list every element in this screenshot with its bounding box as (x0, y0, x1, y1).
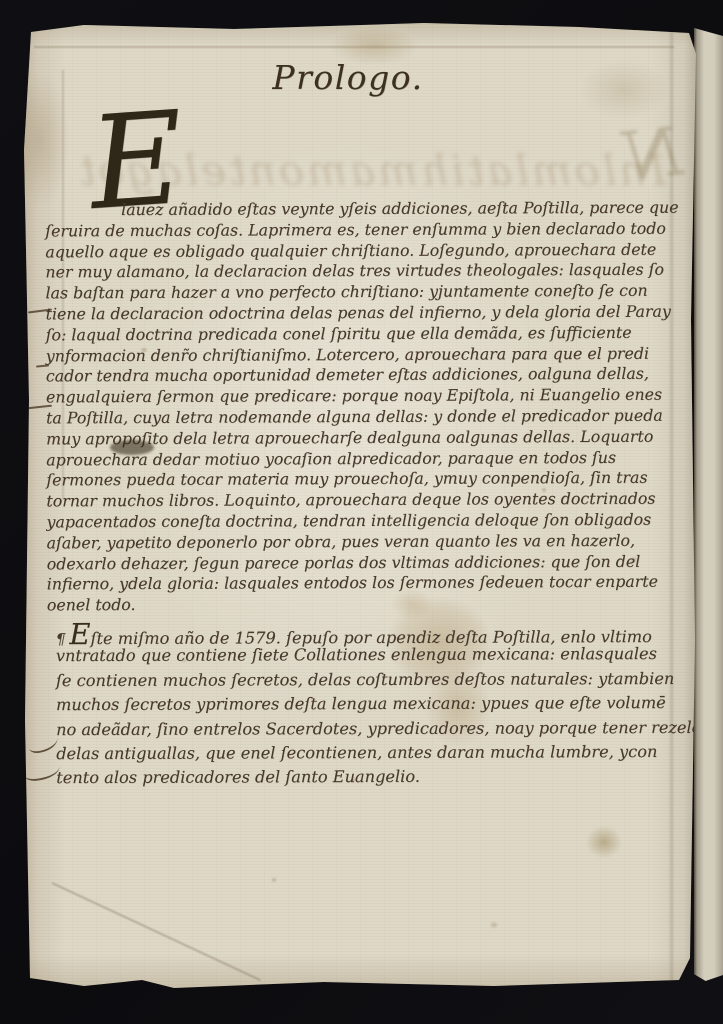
text-line: aſaber, yapetito deponerlo por obra, pue… (47, 530, 683, 554)
text-line: ſermones pueda tocar materia muy prouech… (46, 468, 682, 492)
text-line: odexarlo dehazer, ſegun parece porlas do… (47, 551, 683, 575)
paragraph-1: lauez añadido eſtas veynte yſeis addicio… (45, 198, 683, 617)
text-line: aquello aque es obligado qualquier chriſ… (45, 239, 681, 263)
text-line: no adeãdar, ſino entrelos Sacerdotes, yp… (56, 715, 696, 742)
manuscript-scan: Inlomlatihmamontelagotiqumnool N Prologo… (0, 0, 723, 1024)
text-line: ſo: laqual doctrina predicada conel ſpir… (46, 322, 682, 346)
margin-flourish (26, 731, 59, 755)
paragraph-2: ¶Eſte miſmo año de 1579. ſepuſo por apen… (56, 618, 697, 791)
bottom-crease (52, 882, 261, 981)
text-line: cador tendra mucha oportunidad demeter e… (46, 364, 682, 388)
text-line: ynformacion denr̃o chriſtianiſmo. Loterc… (46, 343, 682, 367)
text-line: ſe contienen muchos ſecretos, delas coſt… (56, 667, 696, 694)
manuscript-page: Inlomlatihmamontelagotiqumnool N Prologo… (24, 20, 696, 988)
text-line: tornar muchos libros. Loquinto, aprouech… (46, 489, 682, 513)
text-line: las baſtan para hazer a vno perfecto chr… (45, 281, 681, 305)
text-line: tento alos predicadores del ſanto Euange… (56, 764, 696, 791)
text-line: ¶Eſte miſmo año de 1579. ſepuſo por apen… (56, 618, 696, 645)
text-line: muchos ſecretos yprimores deſta lengua m… (56, 691, 696, 718)
text-line: yapacentados coneſta doctrina, tendran i… (46, 510, 682, 534)
text-line: lauez añadido eſtas veynte yſeis addicio… (45, 198, 681, 222)
text-line: oenel todo. (47, 593, 683, 617)
ink-blot (110, 440, 154, 455)
text-line: ner muy alamano, la declaracion delas tr… (45, 260, 681, 284)
text-line: infierno, ydela gloria: lasquales entodo… (47, 572, 683, 596)
text-line: vntratado que contiene ſiete Collationes… (56, 642, 696, 669)
text-line: engualquiera ſermon que predicare: porqu… (46, 385, 682, 409)
text-line: ta Poſtilla, cuya letra nodemande alguna… (46, 406, 682, 430)
bleed-through-letter: N (620, 113, 685, 196)
text-line: ſeruira de muchas coſas. Laprimera es, t… (45, 218, 681, 242)
next-page-edge (694, 25, 723, 983)
text-line: delas antiguallas, que enel ſecontienen,… (56, 740, 696, 767)
top-fold-line (34, 46, 674, 48)
text-line: tiene la declaracion odoctrina delas pen… (46, 302, 682, 326)
